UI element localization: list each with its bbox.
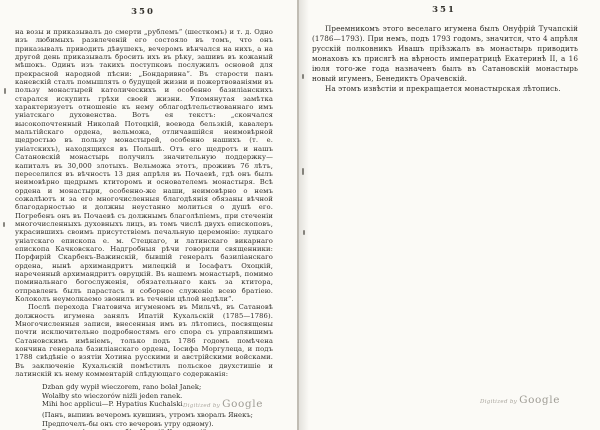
google-watermark: Digitized byGoogle xyxy=(480,394,560,406)
page-350-body: на возы и приказывалъ до смерти „рублемъ… xyxy=(15,28,273,378)
verse-line: (Панъ, выпивъ вечеромъ кувшинъ, утромъ х… xyxy=(42,411,297,419)
page-gutter-shadow xyxy=(299,0,309,430)
digitized-by-text: Digitized by xyxy=(480,399,517,405)
paragraph: Преемникомъ этого веселаго игумена былъ … xyxy=(312,24,578,84)
digitized-by-text: Digitized by xyxy=(183,403,220,409)
google-watermark: Digitized byGoogle xyxy=(183,398,263,410)
scan-artifact xyxy=(303,230,305,235)
paragraph: на возы и приказывалъ до смерти „рублемъ… xyxy=(15,28,273,303)
scan-artifact xyxy=(302,168,304,175)
google-logo: Google xyxy=(519,394,560,406)
paragraph: На этомъ извѣстіи и прекращается монасты… xyxy=(312,84,578,94)
verse-line: Dzban gdy wypił wieczorem, rano bolał Ja… xyxy=(42,383,297,391)
scan-artifact xyxy=(302,74,304,79)
google-logo: Google xyxy=(222,398,263,410)
book-scan-spread: 350 на возы и приказывалъ до смерти „руб… xyxy=(0,0,600,430)
paragraph: Послѣ перехода Гнатовича игуменомъ въ Ми… xyxy=(15,303,273,378)
page-number-left: 350 xyxy=(14,7,272,17)
page-number-right: 351 xyxy=(310,5,578,15)
scan-artifact xyxy=(4,88,6,94)
page-350: 350 на возы и приказывалъ до смерти „руб… xyxy=(0,0,297,430)
scan-artifact xyxy=(3,222,5,227)
page-351: 351 Преемникомъ этого веселаго игумена б… xyxy=(300,0,600,430)
page-351-body: Преемникомъ этого веселаго игумена былъ … xyxy=(312,24,578,94)
verse-line: Предпочелъ-бы онъ сто вечеровъ утру одно… xyxy=(42,420,297,428)
